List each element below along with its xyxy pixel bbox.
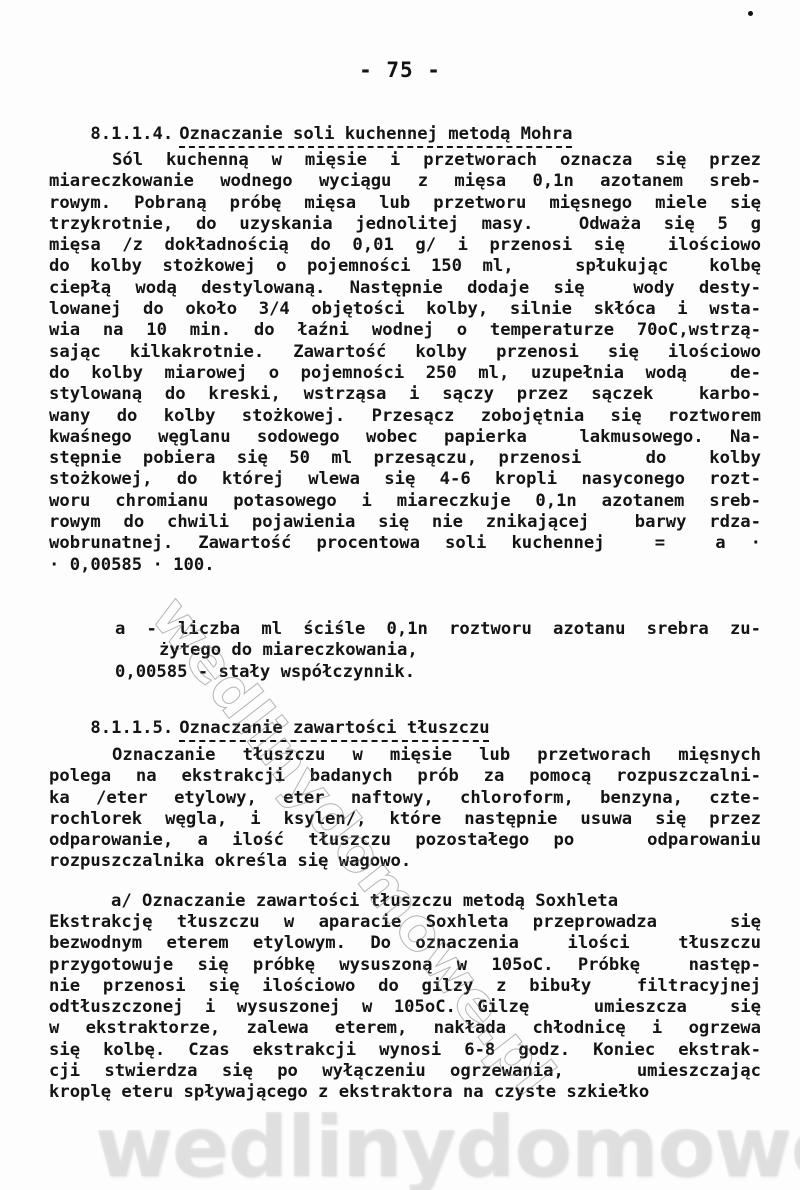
text-line: kwaśnego węglanu sodowego wobec papierka…	[49, 427, 761, 448]
text-line: bezwodnym eterem etylowym. Do oznaczenia…	[49, 933, 761, 954]
text-line: · 0,00585 · 100.	[49, 555, 761, 576]
text-line: mięsa /z dokładnością do 0,01 g/ i przen…	[49, 235, 761, 256]
text-line: wia na 10 min. do łaźni wodnej o tempera…	[49, 320, 761, 341]
text-line: przygotowuje się próbkę wysuszoną w 105o…	[49, 955, 761, 976]
soxhlet-paragraph: Ekstrakcję tłuszczu w aparacie Soxhleta …	[49, 912, 761, 1104]
text-line: wobrunatnej. Zawartość procentowa soli k…	[49, 533, 761, 554]
section-title: Oznaczanie soli kuchennej metodą Mohra	[179, 124, 572, 144]
definition-line: 0,00585 - stały współczynnik.	[49, 662, 761, 683]
text-line: kroplę eteru spływającego z ekstraktora …	[49, 1082, 761, 1103]
text-line: cji stwierdza się po wyłączeniu ogrzewan…	[49, 1061, 761, 1082]
text-line: Sól kuchenną w mięsie i przetworach ozna…	[49, 150, 761, 171]
text-line: stylowaną do kreski, wstrząsa i sączy pr…	[49, 384, 761, 405]
text-line: polega na ekstrakcji badanych prób za po…	[49, 766, 761, 787]
text-line: stępnie pobiera się 50 ml przesączu, prz…	[49, 448, 761, 469]
page-number: - 75 -	[0, 58, 800, 82]
scanned-page: - 75 - 8.1.1.4.Oznaczanie soli kuchennej…	[0, 0, 800, 1190]
text-line: do kolby miarowej o pojemności 250 ml, u…	[49, 363, 761, 384]
text-line: lowanej do około 3/4 objętości kolby, si…	[49, 299, 761, 320]
section-body-salt: Sól kuchenną w mięsie i przetworach ozna…	[49, 150, 761, 576]
definitions-list: a - liczba ml ściśle 0,1n roztworu azota…	[49, 619, 761, 683]
text-line: woru chromianu potasowego i miareczkuje …	[49, 491, 761, 512]
text-line: trzykrotnie, do uzyskania jednolitej mas…	[49, 214, 761, 235]
text-line: rowym. Pobraną próbę mięsa lub przetworu…	[49, 193, 761, 214]
text-line: do kolby stożkowej o pojemności 150 ml, …	[49, 256, 761, 277]
text-line: ciepłą wodą destylowaną. Następnie dodaj…	[49, 278, 761, 299]
text-line: Ekstrakcję tłuszczu w aparacie Soxhleta …	[49, 912, 761, 933]
definition-line: żytego do miareczkowania,	[49, 640, 761, 661]
subsection-soxhlet: a/ Oznaczanie zawartości tłuszczu metodą…	[49, 891, 761, 912]
text-line: się kolbę. Czas ekstrakcji wynosi 6-8 go…	[49, 1040, 761, 1061]
text-line: ka /eter etylowy, eter naftowy, chlorofo…	[49, 788, 761, 809]
definition-line: a - liczba ml ściśle 0,1n roztworu azota…	[49, 619, 761, 640]
watermark-bottom: wedlinydomowe.pl	[95, 1098, 800, 1190]
text-line: miareczkowanie wodnego wyciągu z mięsa 0…	[49, 171, 761, 192]
section-number: 8.1.1.5.	[90, 718, 173, 738]
text-line: w ekstraktorze, zalewa eterem, nakłada c…	[49, 1018, 761, 1039]
text-line: sając kilkakrotnie. Zawartość kolby prze…	[49, 342, 761, 363]
section-body-fat: Oznaczanie tłuszczu w mięsie lub przetwo…	[49, 745, 761, 873]
ink-speck	[748, 11, 753, 16]
text-line: odparowanie, a ilość tłuszczu pozostałeg…	[49, 830, 761, 851]
text-line: Oznaczanie tłuszczu w mięsie lub przetwo…	[49, 745, 761, 766]
section-title: Oznaczanie zawartości tłuszczu	[179, 718, 489, 738]
text-line: nie przenosi się ilościowo do gilzy z bi…	[49, 976, 761, 997]
text-line: rowym do chwili pojawienia się nie znika…	[49, 512, 761, 533]
subsection-title: a/ Oznaczanie zawartości tłuszczu metodą…	[49, 891, 761, 912]
section-number: 8.1.1.4.	[90, 124, 173, 144]
text-line: stożkowej, do której wlewa się 4-6 kropl…	[49, 469, 761, 490]
text-line: wany do kolby stożkowej. Przesącz zoboję…	[49, 406, 761, 427]
text-line: odtłuszczonej i wysuszonej w 105oC. Gilz…	[49, 997, 761, 1018]
text-line: rochlorek węgla, i ksylen/, które następ…	[49, 809, 761, 830]
text-line: rozpuszczalnika określa się wagowo.	[49, 851, 761, 872]
